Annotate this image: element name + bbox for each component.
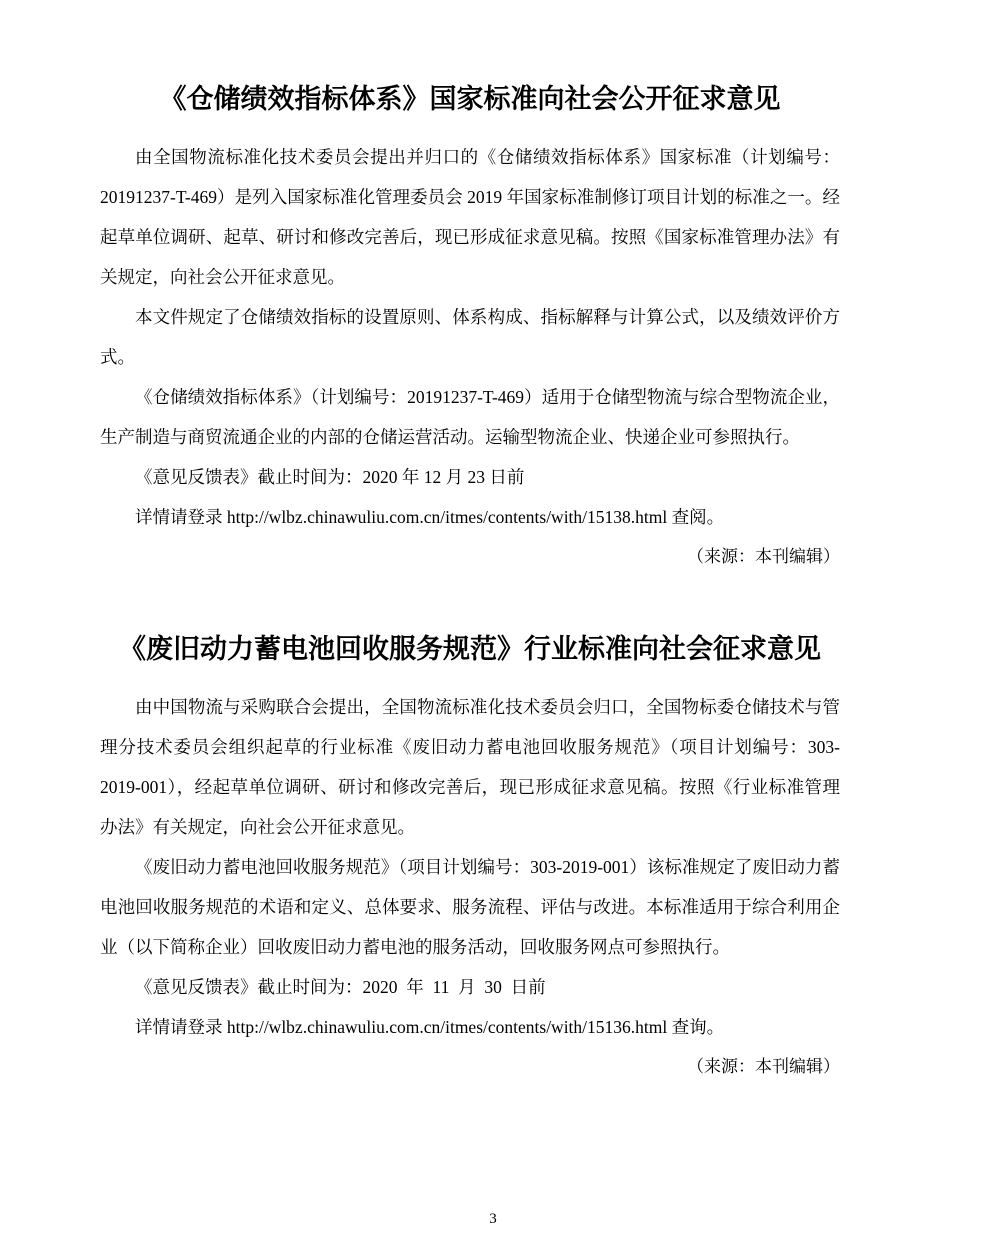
article-1-title: 《仓储绩效指标体系》国家标准向社会公开征求意见: [0, 79, 940, 119]
article-2-paragraph-1: 由中国物流与采购联合会提出，全国物流标准化技术委员会归口，全国物标委仓储技术与管…: [100, 687, 840, 847]
article-1-paragraph-2: 本文件规定了仓储绩效指标的设置原则、体系构成、指标解释与计算公式，以及绩效评价方…: [100, 297, 840, 377]
article-1-details-url-line: 详情请登录 http://wlbz.chinawuliu.com.cn/itme…: [100, 497, 840, 537]
article-1-feedback-deadline: 《意见反馈表》截止时间为：2020 年 12 月 23 日前: [100, 457, 840, 497]
article-2-paragraph-2: 《废旧动力蓄电池回收服务规范》（项目计划编号：303-2019-001）该标准规…: [100, 847, 840, 967]
page-number: 3: [0, 1210, 986, 1228]
article-2-source-credit: （来源：本刊编辑）: [100, 1047, 840, 1087]
article-1-source-credit: （来源：本刊编辑）: [100, 537, 840, 577]
document-page: 《仓储绩效指标体系》国家标准向社会公开征求意见 由全国物流标准化技术委员会提出并…: [0, 0, 986, 1246]
article-2-details-url-line: 详情请登录 http://wlbz.chinawuliu.com.cn/itme…: [100, 1007, 840, 1047]
article-2-feedback-deadline: 《意见反馈表》截止时间为：2020 年 11 月 30 日前: [100, 967, 840, 1007]
article-1-paragraph-1: 由全国物流标准化技术委员会提出并归口的《仓储绩效指标体系》国家标准（计划编号：2…: [100, 137, 840, 297]
article-1-paragraph-3: 《仓储绩效指标体系》（计划编号：20191237-T-469）适用于仓储型物流与…: [100, 377, 840, 457]
document-content: 《仓储绩效指标体系》国家标准向社会公开征求意见 由全国物流标准化技术委员会提出并…: [100, 0, 840, 1087]
article-2-title: 《废旧动力蓄电池回收服务规范》行业标准向社会征求意见: [0, 629, 940, 669]
